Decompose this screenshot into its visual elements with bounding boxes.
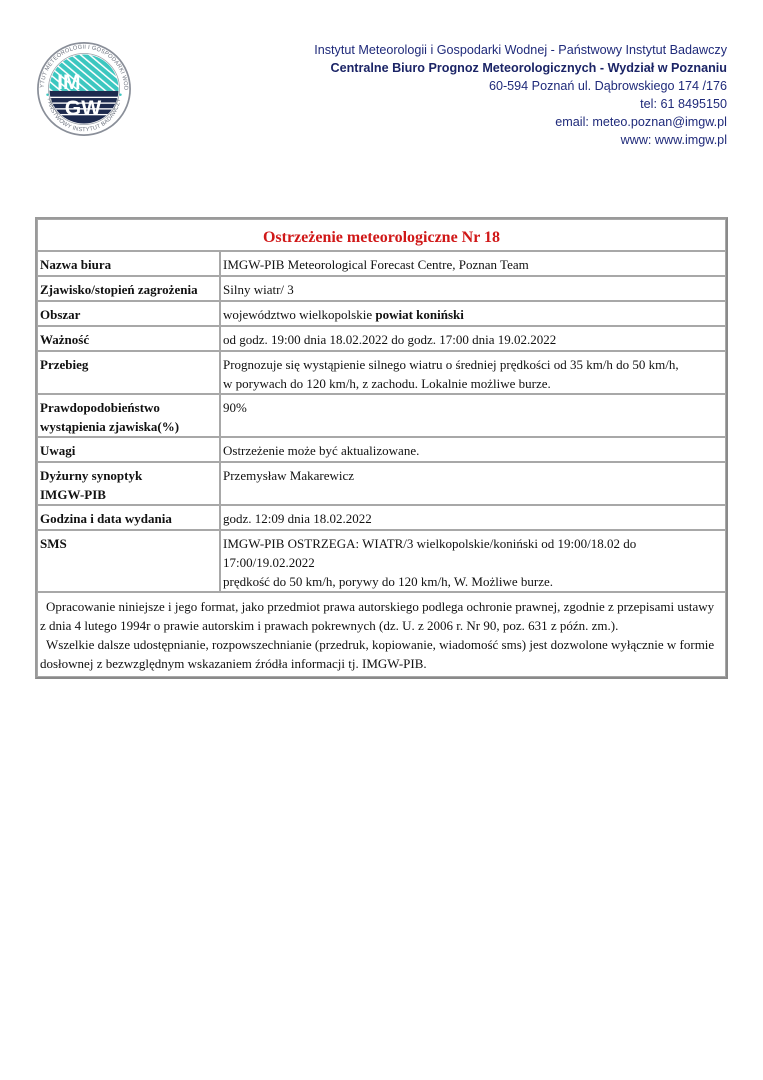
row-value-course: Prognozuje się wystąpienie silnego wiatr… [220, 351, 726, 394]
area-region: województwo wielkopolskie [223, 307, 375, 322]
row-value-office: IMGW-PIB Meteorological Forecast Centre,… [220, 251, 726, 276]
imgw-logo-icon: IM GW INSTYTUT METEOROLOGII I GOSPODARKI… [36, 41, 132, 137]
table-row: Nazwa biura IMGW-PIB Meteorological Fore… [37, 251, 726, 276]
copyright-line-1: Opracowanie niniejsze i jego format, jak… [40, 597, 723, 616]
row-label-forecaster: Dyżurny synoptyk IMGW-PIB [37, 462, 220, 505]
area-county: powiat koniński [375, 307, 464, 322]
copyright-notice: Opracowanie niniejsze i jego format, jak… [37, 592, 726, 677]
table-row: Ważność od godz. 19:00 dnia 18.02.2022 d… [37, 326, 726, 351]
row-label-remarks: Uwagi [37, 437, 220, 462]
row-value-area: województwo wielkopolskie powiat konińsk… [220, 301, 726, 326]
row-label-sms: SMS [37, 530, 220, 592]
row-label-office: Nazwa biura [37, 251, 220, 276]
warning-table: Ostrzeżenie meteorologiczne Nr 18 Nazwa … [35, 217, 728, 679]
table-row: Przebieg Prognozuje się wystąpienie siln… [37, 351, 726, 394]
table-row: Zjawisko/stopień zagrożenia Silny wiatr/… [37, 276, 726, 301]
copyright-line-2: z dnia 4 lutego 1994r o prawie autorskim… [40, 616, 723, 635]
table-row: Prawdopodobieństwo wystąpienia zjawiska(… [37, 394, 726, 437]
table-row: Dyżurny synoptyk IMGW-PIB Przemysław Mak… [37, 462, 726, 505]
bureau-name: Centralne Biuro Prognoz Meteorologicznyc… [314, 59, 727, 77]
table-row: Godzina i data wydania godz. 12:09 dnia … [37, 505, 726, 530]
website-link[interactable]: www: www.imgw.pl [314, 131, 727, 149]
row-label-course: Przebieg [37, 351, 220, 394]
row-value-probability: 90% [220, 394, 726, 437]
table-row: SMS IMGW-PIB OSTRZEGA: WIATR/3 wielkopol… [37, 530, 726, 592]
sms-line-1: IMGW-PIB OSTRZEGA: WIATR/3 wielkopolskie… [223, 534, 723, 572]
organization-header: Instytut Meteorologii i Gospodarki Wodne… [314, 41, 727, 149]
row-label-probability: Prawdopodobieństwo wystąpienia zjawiska(… [37, 394, 220, 437]
probability-label-line-1: Prawdopodobieństwo [40, 398, 217, 417]
row-value-remarks: Ostrzeżenie może być aktualizowane. [220, 437, 726, 462]
sms-line-2: prędkość do 50 km/h, porywy do 120 km/h,… [223, 572, 723, 591]
row-value-issued: godz. 12:09 dnia 18.02.2022 [220, 505, 726, 530]
row-label-validity: Ważność [37, 326, 220, 351]
copyright-line-3: Wszelkie dalsze udostępnianie, rozpowsze… [40, 635, 723, 654]
institute-name: Instytut Meteorologii i Gospodarki Wodne… [314, 41, 727, 59]
course-line-2: w porywach do 120 km/h, z zachodu. Lokal… [223, 374, 723, 393]
row-value-forecaster: Przemysław Makarewicz [220, 462, 726, 505]
row-label-area: Obszar [37, 301, 220, 326]
table-row: Uwagi Ostrzeżenie może być aktualizowane… [37, 437, 726, 462]
course-line-1: Prognozuje się wystąpienie silnego wiatr… [223, 355, 723, 374]
forecaster-label-line-2: IMGW-PIB [40, 485, 217, 504]
phone: tel: 61 8495150 [314, 95, 727, 113]
row-label-issued: Godzina i data wydania [37, 505, 220, 530]
table-row: Obszar województwo wielkopolskie powiat … [37, 301, 726, 326]
row-value-validity: od godz. 19:00 dnia 18.02.2022 do godz. … [220, 326, 726, 351]
title-row: Ostrzeżenie meteorologiczne Nr 18 [37, 219, 726, 251]
row-value-phenomenon: Silny wiatr/ 3 [220, 276, 726, 301]
probability-label-line-2: wystąpienia zjawiska(%) [40, 417, 217, 436]
warning-title: Ostrzeżenie meteorologiczne Nr 18 [37, 219, 726, 251]
svg-text:IM: IM [57, 71, 80, 94]
forecaster-label-line-1: Dyżurny synoptyk [40, 466, 217, 485]
row-value-sms: IMGW-PIB OSTRZEGA: WIATR/3 wielkopolskie… [220, 530, 726, 592]
copyright-row: Opracowanie niniejsze i jego format, jak… [37, 592, 726, 677]
copyright-line-4: dosłownej z bezwzględnym wskazaniem źród… [40, 654, 723, 673]
svg-text:GW: GW [65, 97, 101, 120]
email-link[interactable]: email: meteo.poznan@imgw.pl [314, 113, 727, 131]
address: 60-594 Poznań ul. Dąbrowskiego 174 /176 [314, 77, 727, 95]
row-label-phenomenon: Zjawisko/stopień zagrożenia [37, 276, 220, 301]
